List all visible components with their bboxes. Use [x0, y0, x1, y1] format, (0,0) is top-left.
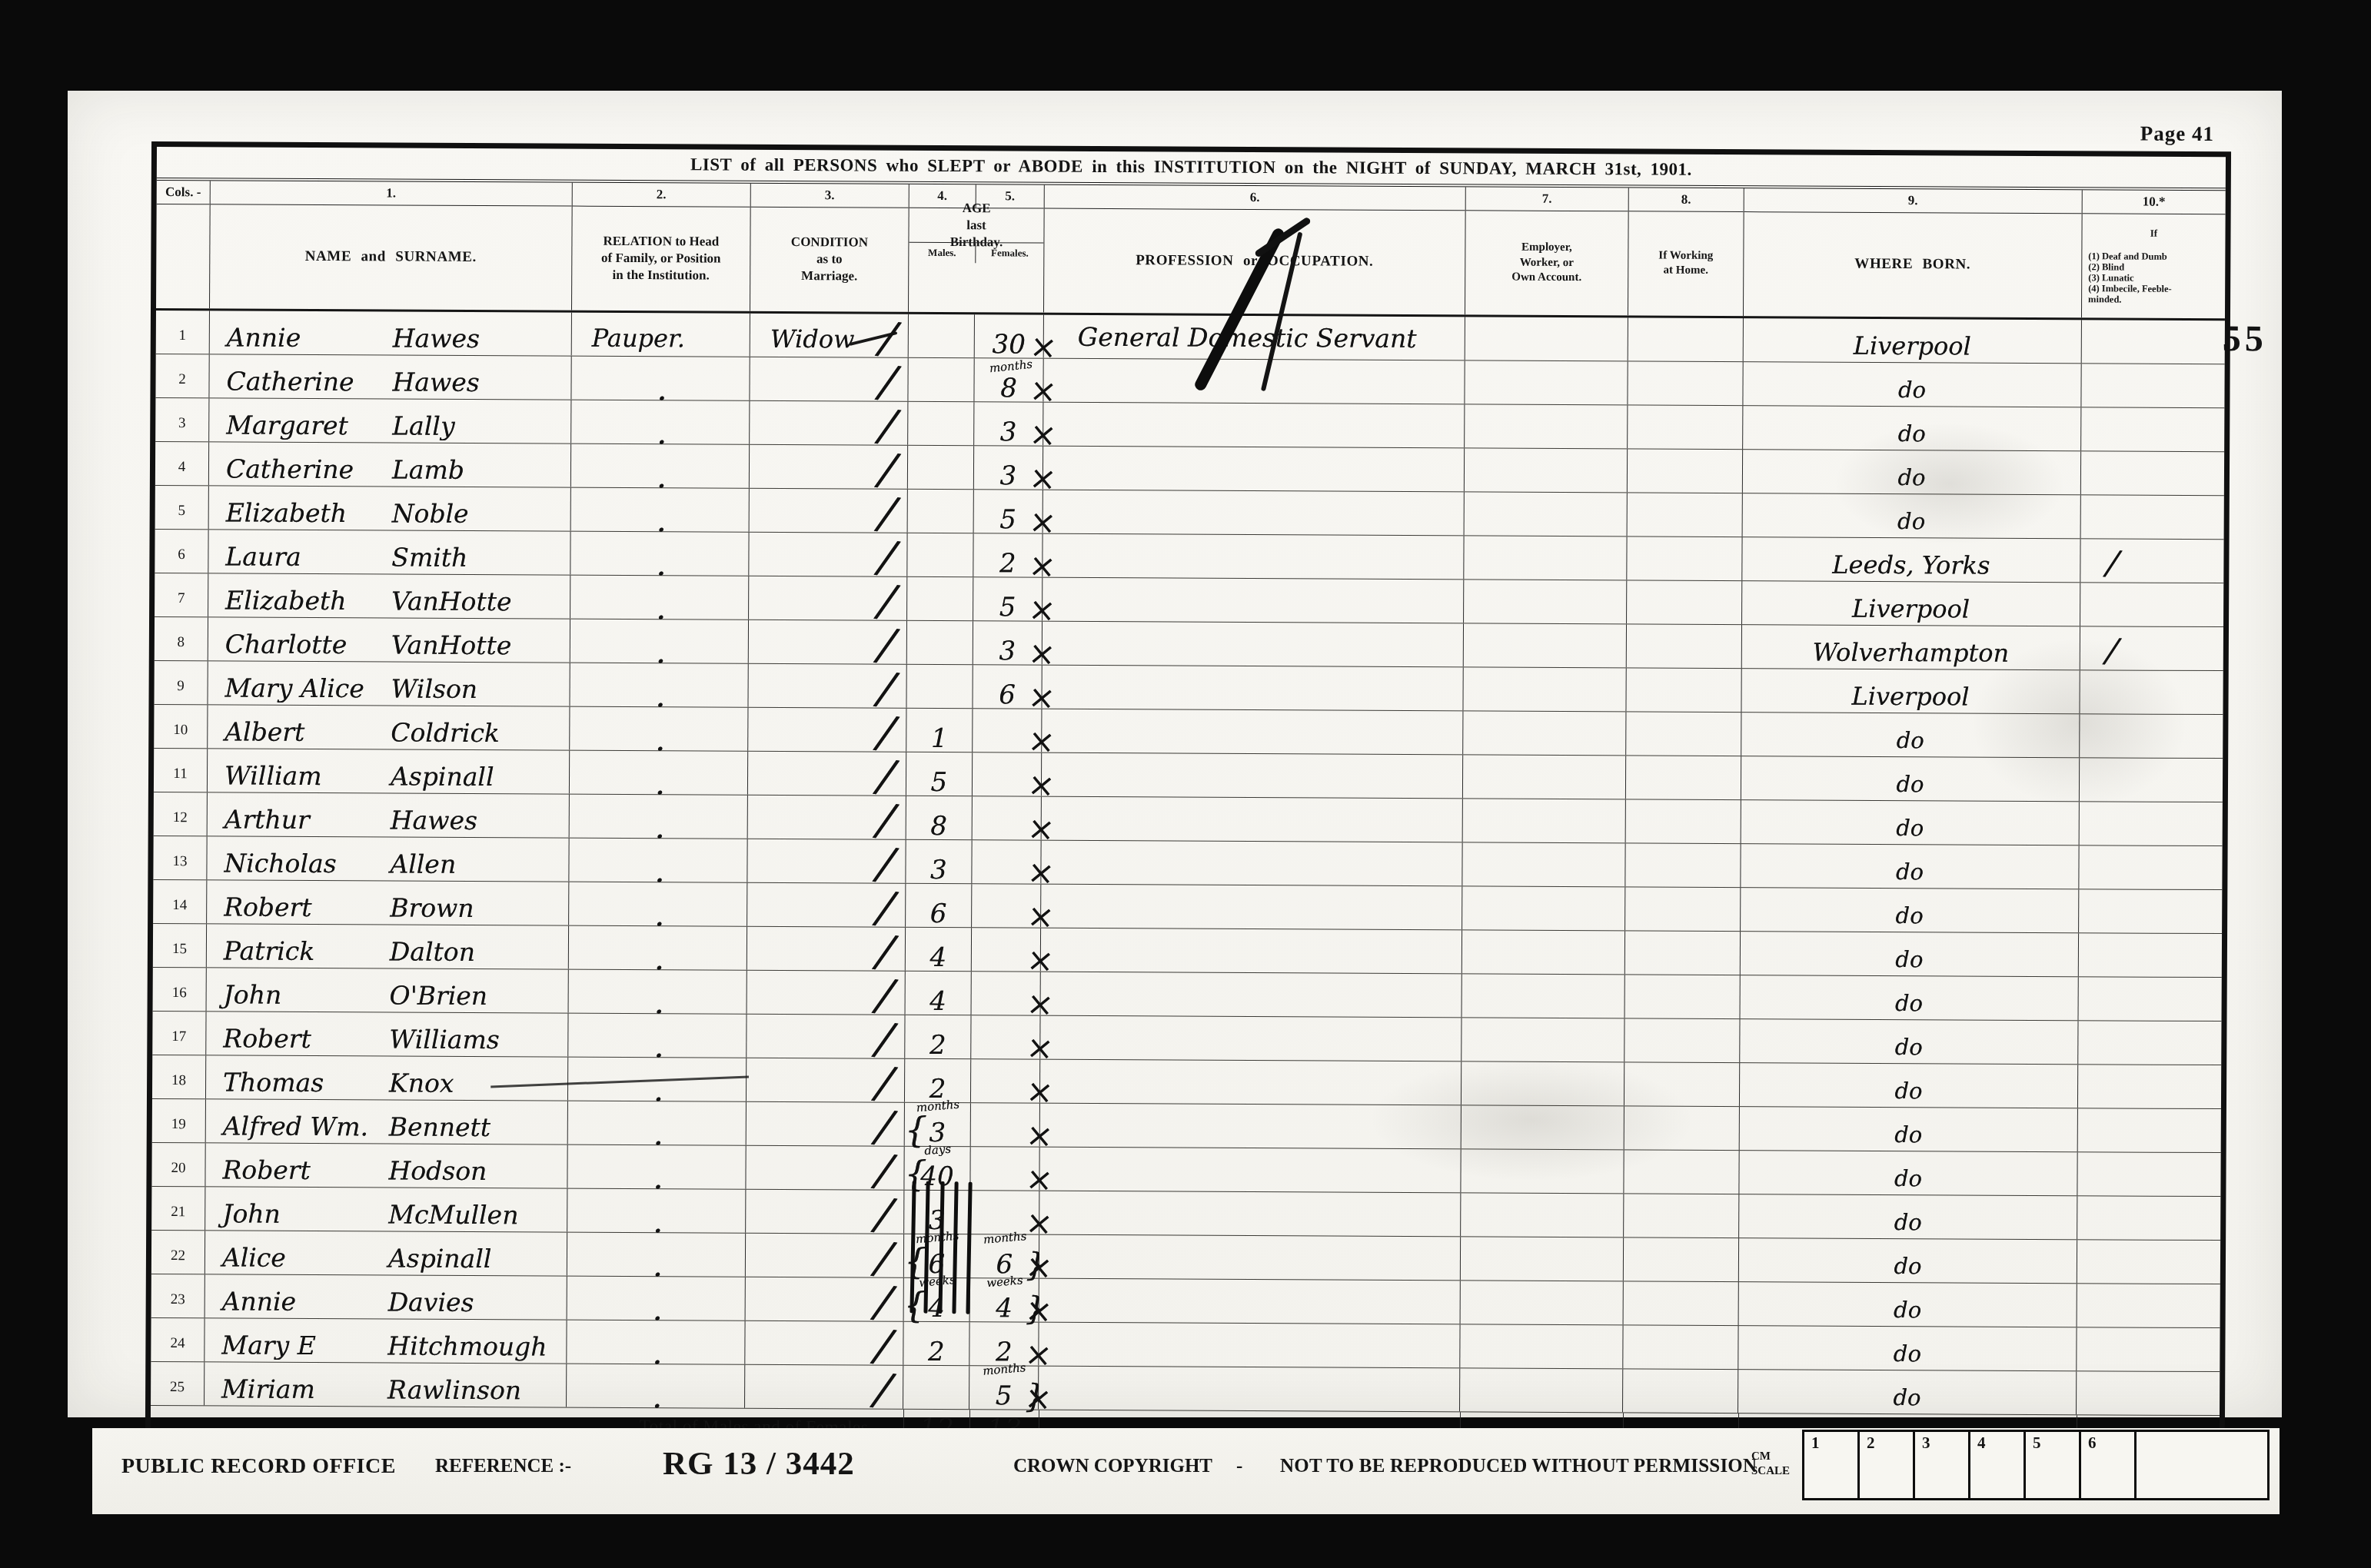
cell-working-at-home: [1628, 317, 1744, 361]
scale-box: 2: [1857, 1430, 1913, 1500]
cell-infirmity: [2077, 1196, 2220, 1240]
cell-infirmity: [2081, 451, 2224, 495]
surname-text: Allen: [390, 849, 456, 879]
forename-text: Robert: [224, 892, 312, 922]
forename-text: Arthur: [224, 804, 310, 835]
cell-relation: .: [570, 663, 748, 706]
cell-where-born: do: [1739, 1194, 2077, 1239]
scale-box: 3: [1913, 1430, 1968, 1500]
cell-relation: .: [569, 969, 747, 1013]
cell-employer: [1461, 1281, 1624, 1324]
where-born-text: do: [1738, 1384, 2076, 1411]
where-born-text: do: [1741, 945, 2078, 973]
cell-age-male: /: [909, 314, 975, 357]
cell-row-number: 25: [151, 1362, 205, 1405]
x-mark: ×: [1025, 1115, 1056, 1155]
cell-row-number: 11: [154, 749, 208, 792]
row-number-text: 12: [154, 809, 207, 826]
cell-where-born: do: [1739, 1238, 2077, 1283]
surname-text: Smith: [391, 542, 467, 572]
cell-employer: [1462, 974, 1625, 1018]
cell-relation: Pauper.: [572, 312, 750, 356]
cell-infirmity: [2079, 845, 2222, 889]
surname-text: Knox: [389, 1068, 454, 1098]
header-employer: 7. Employer, Worker, or Own Account.: [1465, 187, 1629, 315]
x-mark: ×: [1026, 940, 1056, 980]
cell-working-at-home: [1626, 799, 1741, 843]
cell-name: AliceAspinall: [205, 1231, 567, 1275]
where-born-text: Leeds, Yorks: [1742, 550, 2080, 580]
footer-notice: NOT TO BE REPRODUCED WITHOUT PERMISSION: [1280, 1456, 1757, 1477]
forename-text: John: [222, 1198, 281, 1228]
x-mark: ×: [1026, 721, 1057, 761]
where-born-text: do: [1741, 902, 2078, 929]
header-label-infirmity: If (1) Deaf and Dumb (2) Blind (3) Lunat…: [2082, 214, 2226, 318]
cell-age-male: /3: [906, 840, 972, 883]
row-number-text: 16: [153, 985, 206, 1002]
cell-employer: [1464, 580, 1627, 623]
scale-boxes: 123456: [1802, 1430, 2270, 1500]
cell-working-at-home: [1628, 493, 1743, 537]
cell-name: PatrickDalton: [207, 924, 569, 968]
cell-name: AnnieDavies: [205, 1274, 567, 1319]
surname-text: Wilson: [391, 673, 477, 704]
header-label-males: Males.: [909, 243, 976, 263]
x-mark: ×: [1026, 852, 1056, 892]
forename-text: Annie: [227, 322, 301, 352]
row-number-text: 19: [152, 1116, 205, 1133]
cell-working-at-home: [1623, 1369, 1738, 1413]
age-male-value: 6: [906, 901, 971, 927]
where-born-text: do: [1739, 1252, 2077, 1280]
age-unit-text: days: [923, 1141, 951, 1158]
cell-working-at-home: [1627, 624, 1742, 668]
cell-relation: .: [571, 443, 750, 487]
cell-employer: [1463, 667, 1626, 711]
surname-text: McMullen: [388, 1199, 518, 1230]
cell-age-male: /2: [905, 1015, 971, 1058]
cell-name: RobertWilliams: [206, 1012, 568, 1056]
header-label-home: If Working at Home.: [1628, 211, 1744, 315]
cell-working-at-home: [1625, 931, 1741, 975]
forename-text: Robert: [223, 1023, 311, 1054]
cell-infirmity: [2077, 1327, 2220, 1371]
scan-smudge: [1834, 422, 2066, 546]
relation-text: Pauper.: [592, 323, 685, 353]
cell-occupation: ×: [1039, 1234, 1461, 1280]
cell-employer: [1465, 360, 1628, 404]
where-born-text: do: [1743, 376, 2080, 404]
cell-working-at-home: [1626, 668, 1741, 712]
cell-name: ThomasKnox: [206, 1055, 568, 1100]
row-number-text: 10: [154, 722, 207, 739]
header-working-at-home: 8. If Working at Home.: [1628, 188, 1744, 315]
x-mark: ×: [1028, 414, 1059, 454]
forename-text: Elizabeth: [226, 497, 348, 528]
row-number-text: 1: [156, 327, 209, 344]
header-name: 1. NAME and SURNAME.: [210, 181, 573, 310]
cell-where-born: do: [1741, 932, 2079, 976]
cell-where-born: do: [1741, 975, 2079, 1020]
cell-occupation: ×: [1039, 1322, 1460, 1367]
cell-employer: [1462, 930, 1625, 974]
cell-working-at-home: [1628, 449, 1743, 493]
x-mark: ×: [1024, 1247, 1055, 1287]
row-number-text: 2: [156, 371, 209, 388]
age-male-value: 3: [906, 857, 971, 883]
age-unit-text: months: [982, 1360, 1026, 1378]
age-male-value: 2: [905, 1032, 970, 1058]
surname-text: Bennett: [389, 1111, 491, 1142]
scale-number: 4: [1977, 1433, 1986, 1453]
forename-text: Mary Alice: [225, 673, 365, 703]
cell-name: CatherineLamb: [209, 442, 571, 487]
forename-text: Thomas: [223, 1067, 324, 1098]
cell-relation: .: [567, 1188, 746, 1232]
surname-text: Lally: [392, 410, 455, 440]
row-number-text: 22: [151, 1247, 205, 1264]
x-mark: ×: [1026, 896, 1056, 936]
cell-row-number: 8: [155, 617, 208, 660]
cell-age-male: /: [903, 1365, 969, 1408]
cell-name: ElizabethNoble: [209, 486, 571, 530]
where-born-text: do: [1738, 1340, 2076, 1367]
surname-text: Brown: [390, 892, 474, 923]
cell-infirmity: [2077, 1240, 2220, 1284]
cell-relation: .: [570, 619, 749, 663]
surname-text: Hodson: [388, 1155, 487, 1186]
x-mark: ×: [1025, 984, 1056, 1024]
header-num-8: 8.: [1629, 188, 1744, 212]
age-male-value: 2: [903, 1338, 969, 1364]
cell-row-number: 15: [153, 924, 207, 967]
x-mark: ×: [1027, 502, 1058, 542]
row-number-text: 15: [153, 941, 206, 958]
row-number-text: 6: [155, 546, 208, 563]
cell-name: LauraSmith: [208, 530, 570, 574]
cell-occupation: ×: [1043, 490, 1465, 535]
header-num-9: 9.: [1744, 188, 2082, 214]
cell-where-born: Liverpool: [1744, 318, 2082, 363]
cell-relation: .: [567, 1232, 746, 1276]
cell-relation: .: [570, 531, 749, 575]
footer-copyright: CROWN COPYRIGHT: [1013, 1456, 1212, 1477]
x-mark: ×: [1026, 809, 1057, 849]
page-number: Page 41: [2140, 122, 2214, 146]
x-mark: ×: [1023, 1291, 1054, 1330]
cell-infirmity: [2079, 977, 2222, 1021]
scale-number: 5: [2033, 1433, 2041, 1453]
cell-relation: .: [567, 1144, 746, 1188]
cell-employer: [1465, 317, 1628, 360]
header-age: 4.5. AGE last Birthday. Males. Females.: [909, 184, 1045, 313]
footer-reference-label: REFERENCE :-: [435, 1456, 571, 1477]
cell-employer: [1465, 404, 1628, 448]
cell-occupation: ×: [1041, 972, 1462, 1017]
where-born-text: do: [1741, 814, 2079, 842]
cell-name: Mary EHitchmough: [205, 1318, 567, 1363]
cell-infirmity: [2077, 1371, 2220, 1415]
cell-infirmity: [2080, 583, 2223, 626]
row-number-text: 5: [155, 503, 208, 520]
cell-employer: [1462, 886, 1625, 930]
surname-text: Williams: [389, 1024, 500, 1055]
cell-age-male: /2: [903, 1321, 969, 1364]
cell-age-male: /: [907, 621, 973, 664]
cell-name: Alfred Wm.Bennett: [206, 1099, 568, 1144]
cell-where-born: Leeds, Yorks: [1742, 537, 2080, 582]
cell-age-male: /: [907, 533, 973, 576]
cell-row-number: 12: [154, 792, 208, 835]
cell-working-at-home: [1627, 537, 1742, 580]
cell-where-born: do: [1741, 844, 2079, 889]
cell-row-number: 3: [155, 398, 209, 441]
cell-where-born: do: [1743, 362, 2081, 407]
cell-name: MiriamRawlinson: [205, 1362, 567, 1407]
where-born-text: do: [1739, 1296, 2077, 1324]
forename-text: Catherine: [226, 453, 354, 484]
row-number-text: 17: [152, 1028, 205, 1045]
age-male-value: 8: [906, 813, 972, 839]
header-num-3: 3.: [751, 184, 909, 208]
scan-background: Page 41 55 LIST of all PERSONS who SLEPT…: [0, 0, 2371, 1568]
cell-infirmity: [2077, 1152, 2220, 1196]
surname-text: Lamb: [392, 454, 464, 484]
cell-age-male: /: [907, 577, 973, 620]
where-born-text: do: [1739, 1208, 2077, 1236]
forename-text: Laura: [225, 541, 301, 571]
cell-age-male: /1: [906, 709, 973, 752]
header-age-sub: Males. Females.: [909, 242, 1043, 264]
surname-text: Rawlinson: [387, 1374, 521, 1405]
forename-text: Elizabeth: [225, 585, 347, 616]
strike-bars: [909, 1181, 972, 1314]
header-relation: 2. RELATION to Head of Family, or Positi…: [572, 183, 751, 311]
cell-where-born: do: [1738, 1370, 2077, 1414]
header-label-females: Females.: [976, 243, 1043, 263]
surname-text: Dalton: [390, 936, 475, 967]
cell-infirmity: [2079, 889, 2222, 933]
cell-working-at-home: [1625, 843, 1741, 887]
infirmity-list: (1) Deaf and Dumb (2) Blind (3) Lunatic …: [2083, 251, 2223, 305]
cell-occupation: ×: [1041, 928, 1462, 973]
cell-infirmity: [2079, 933, 2222, 977]
cell-occupation: ×: [1041, 840, 1462, 885]
cell-name: MargaretLally: [209, 398, 571, 443]
age-male-value: 4: [906, 988, 971, 1015]
cell-where-born: do: [1739, 1282, 2077, 1327]
cell-infirmity: [2078, 1065, 2221, 1108]
cell-relation: .: [569, 925, 747, 969]
ink-blot: [1182, 229, 1359, 418]
x-mark: ×: [1024, 1159, 1055, 1199]
age-male-value: 1: [906, 726, 972, 752]
cell-working-at-home: [1628, 361, 1743, 405]
footer-reference-number: RG 13 / 3442: [663, 1445, 855, 1483]
x-mark: ×: [1026, 765, 1057, 805]
cell-working-at-home: [1625, 975, 1741, 1018]
header-label-born: WHERE BORN.: [1744, 212, 2082, 317]
cell-working-at-home: [1624, 1281, 1739, 1325]
age-male-value: 4: [906, 945, 971, 971]
cell-name: NicholasAllen: [207, 836, 569, 881]
cell-working-at-home: [1628, 405, 1743, 449]
scale-number: 3: [1922, 1433, 1930, 1453]
row-number-text: 3: [155, 415, 208, 432]
cell-working-at-home: [1624, 1194, 1739, 1237]
scan-smudge: [1369, 1058, 1693, 1182]
row-number-text: 23: [151, 1291, 205, 1308]
cell-name: ElizabethVanHotte: [208, 573, 570, 618]
cell-occupation: ×: [1043, 621, 1464, 666]
forename-text: Patrick: [224, 935, 315, 966]
header-label-condition: CONDITION as to Marriage.: [750, 208, 909, 312]
scale-box: 5: [2023, 1430, 2079, 1500]
row-number-text: 25: [151, 1379, 204, 1396]
cell-row-number: 20: [151, 1143, 205, 1186]
cell-row-number: 4: [155, 442, 209, 485]
row-number-text: 21: [151, 1204, 205, 1221]
footer-office: PUBLIC RECORD OFFICE: [121, 1454, 396, 1479]
x-mark: ×: [1023, 1378, 1054, 1418]
surname-text: Noble: [392, 498, 469, 528]
cell-name: ArthurHawes: [208, 792, 570, 837]
cell-age-male: /4: [906, 928, 972, 971]
cell-occupation: ×: [1043, 577, 1464, 623]
cell-relation: .: [570, 750, 748, 794]
header-condition: 3. CONDITION as to Marriage.: [750, 184, 909, 312]
cell-employer: [1462, 1018, 1624, 1061]
header-cols-label: Cols. -: [157, 181, 210, 204]
where-born-text: do: [1740, 1121, 2077, 1148]
header-label-name: NAME and SURNAME.: [210, 204, 572, 310]
row-number-text: 20: [151, 1160, 205, 1177]
surname-text: Hawes: [391, 805, 477, 835]
cell-working-at-home: [1625, 887, 1741, 931]
census-table: LIST of all PERSONS who SLEPT or ABODE i…: [145, 141, 2231, 1457]
surname-text: Hawes: [392, 367, 479, 397]
cell-row-number: 10: [154, 705, 208, 748]
cell-row-number: 24: [151, 1318, 205, 1361]
surname-text: O'Brien: [390, 980, 488, 1011]
cell-occupation: ×: [1042, 752, 1463, 798]
cell-occupation: ×: [1042, 796, 1463, 842]
cell-where-born: Liverpool: [1742, 581, 2080, 626]
header-label-age: AGE last Birthday.: [909, 208, 1043, 243]
row-number-text: 14: [153, 897, 206, 914]
cell-relation: .: [567, 1320, 745, 1364]
cell-occupation: ×: [1039, 1278, 1461, 1324]
cell-age-male: /6: [906, 884, 972, 927]
x-mark: ×: [1029, 327, 1059, 367]
footer-separator: -: [1236, 1456, 1242, 1477]
x-mark: ×: [1028, 370, 1059, 410]
where-born-text: Liverpool: [1742, 593, 2080, 624]
header-num-1: 1.: [211, 181, 572, 206]
forename-text: Margaret: [226, 410, 348, 440]
cell-age-male: /4: [906, 972, 972, 1015]
cell-age-male: /: [908, 490, 974, 533]
footer-scale-label: CM SCALE: [1751, 1450, 1790, 1479]
cell-relation: .: [571, 487, 750, 531]
cell-row-number: 22: [151, 1231, 205, 1274]
row-number-text: 9: [155, 678, 208, 695]
cell-infirmity: [2080, 802, 2223, 845]
x-mark: ×: [1024, 1203, 1055, 1243]
surname-text: VanHotte: [391, 586, 512, 616]
scale-box: 6: [2079, 1430, 2134, 1500]
surname-text: Aspinall: [391, 761, 494, 792]
scale-box: 1: [1802, 1430, 1857, 1500]
cell-relation: .: [569, 838, 747, 882]
cell-occupation: ×: [1043, 446, 1465, 491]
header-infirmity: 10.* If (1) Deaf and Dumb (2) Blind (3) …: [2082, 190, 2226, 318]
header-num-2: 2.: [573, 183, 750, 208]
cell-employer: [1460, 1324, 1623, 1368]
where-born-text: do: [1740, 1033, 2077, 1061]
header-label-employer: Employer, Worker, or Own Account.: [1465, 211, 1628, 315]
cell-where-born: do: [1738, 1326, 2077, 1370]
row-number-text: 7: [155, 590, 208, 607]
cell-occupation: ×: [1040, 1015, 1462, 1061]
forename-text: Miriam: [221, 1374, 315, 1404]
age-unit-text: weeks: [986, 1273, 1023, 1290]
surname-text: Davies: [388, 1287, 474, 1317]
header-num-6: 6.: [1045, 185, 1465, 211]
cell-row-number: 23: [151, 1274, 205, 1317]
cell-name: Mary AliceWilson: [208, 661, 570, 706]
cell-relation: .: [571, 356, 750, 400]
cell-occupation: ×: [1041, 884, 1462, 929]
age-male-value: 2: [905, 1076, 970, 1102]
cell-relation: .: [567, 1364, 745, 1407]
x-mark: ×: [1026, 677, 1057, 717]
x-mark: ×: [1023, 1334, 1054, 1374]
cell-row-number: 16: [153, 968, 207, 1011]
cell-relation: .: [571, 400, 750, 443]
cell-name: CharlotteVanHotte: [208, 617, 570, 662]
x-mark: ×: [1027, 546, 1058, 586]
x-mark: ×: [1025, 1071, 1056, 1111]
cell-row-number: 1: [156, 311, 210, 354]
cell-age-male: /: [908, 446, 974, 489]
cell-occupation: ×: [1042, 665, 1463, 710]
header-cols: Cols. -: [156, 181, 211, 308]
cell-row-number: 9: [154, 661, 208, 704]
row-number-text: 13: [153, 853, 206, 870]
cell-name: JohnO'Brien: [207, 968, 569, 1012]
row-number-text: 11: [154, 766, 207, 782]
cell-occupation: ×: [1039, 1366, 1460, 1411]
cell-relation: .: [570, 575, 749, 619]
scan-smudge: [1971, 638, 2187, 808]
x-mark: ×: [1027, 633, 1058, 673]
cell-relation: .: [567, 1276, 746, 1320]
cell-working-at-home: [1626, 712, 1741, 756]
forename-text: Charlotte: [225, 629, 348, 659]
cell-employer: [1460, 1368, 1623, 1412]
cell-row-number: 18: [152, 1055, 206, 1098]
cell-name: JohnMcMullen: [205, 1187, 567, 1231]
forename-text: Robert: [222, 1154, 311, 1185]
cell-infirmity: /: [2080, 539, 2223, 583]
cell-name: RobertHodson: [205, 1143, 567, 1188]
forename-text: William: [224, 760, 322, 791]
census-page: Page 41 55 LIST of all PERSONS who SLEPT…: [68, 91, 2282, 1417]
row-number-text: 18: [152, 1072, 205, 1089]
surname-text: Coldrick: [391, 717, 500, 748]
cell-infirmity: [2081, 407, 2224, 451]
